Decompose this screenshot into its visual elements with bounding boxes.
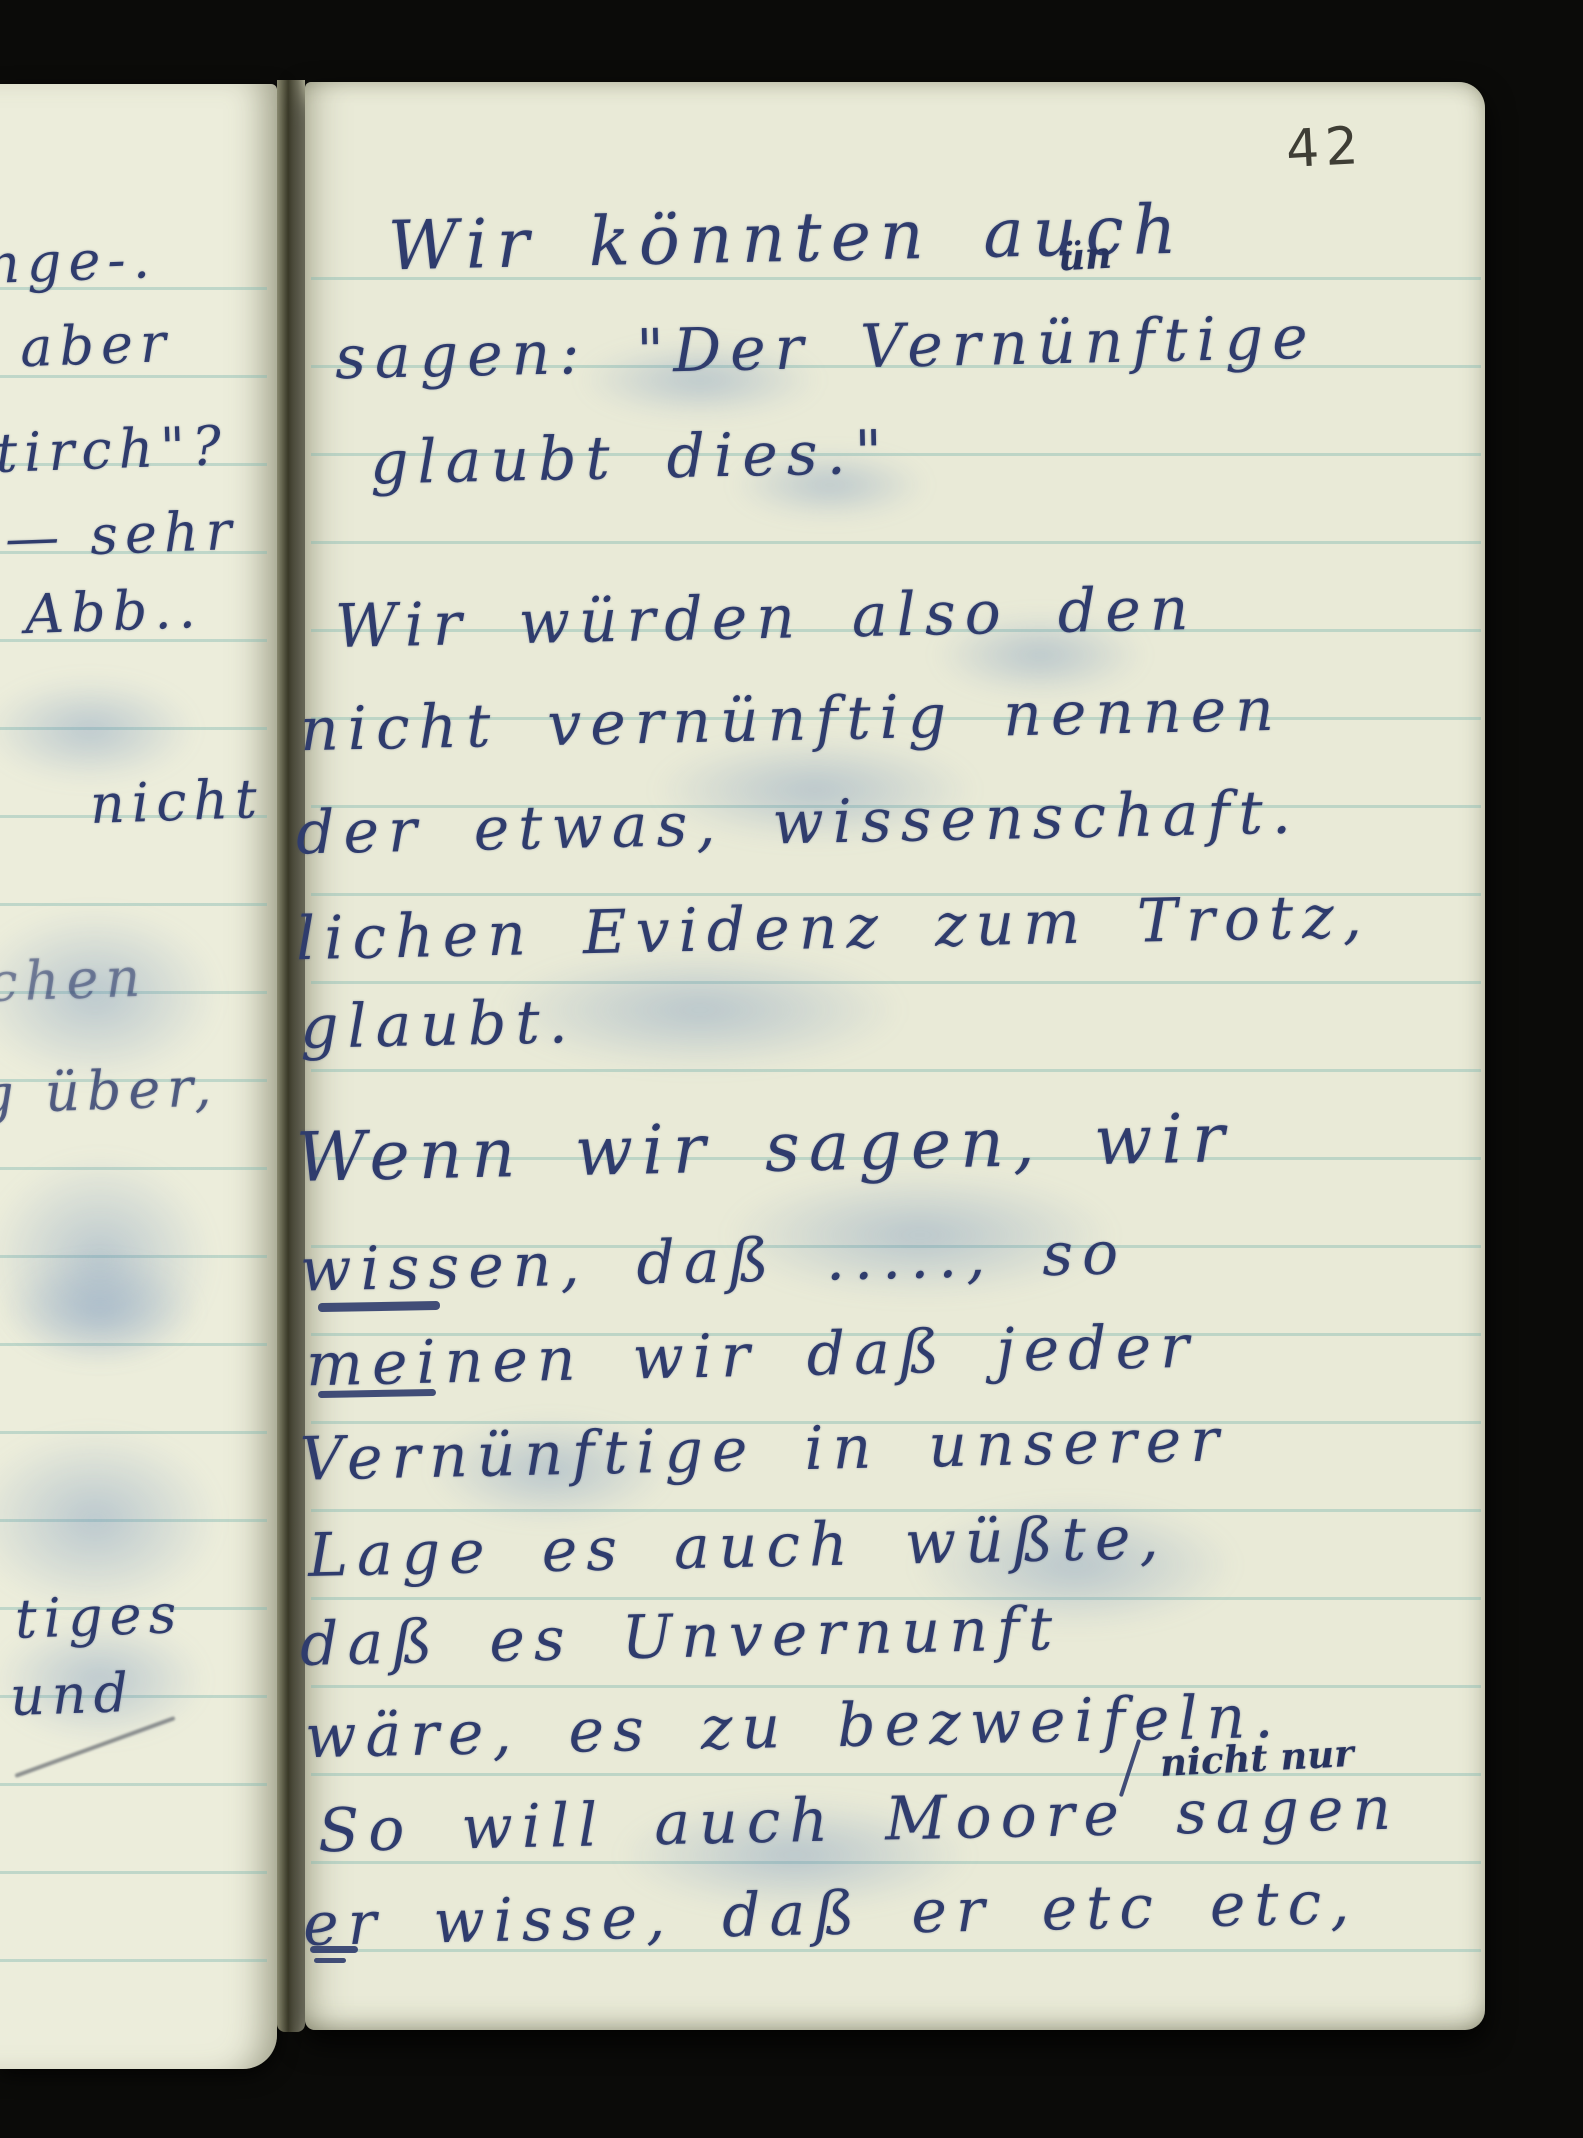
notebook-photo: 42 nge-. ", aber enstirch"? — sehr Abb..… <box>0 0 1583 2138</box>
manuscript-line-p3-3: meinen wir daß jeder <box>305 1317 1198 1396</box>
left-fragment: machen <box>0 951 148 1014</box>
left-fragment: nge-. <box>0 232 158 292</box>
left-fragment: ag über, <box>0 1060 219 1124</box>
left-fragment: und <box>9 1666 136 1724</box>
manuscript-line-p3-6: daß es Unvernunft <box>299 1599 1061 1675</box>
left-fragment: tiges <box>14 1587 184 1647</box>
manuscript-line-p2-1: Wir würden also den <box>334 579 1197 657</box>
manuscript-line-p3-5: Lage es auch wüßte, <box>307 1508 1168 1586</box>
left-fragment: enstirch"? <box>0 419 229 485</box>
page-number: 42 <box>1284 116 1365 180</box>
manuscript-line-p2-5: glaubt. <box>299 992 577 1058</box>
left-fragment: ", aber <box>0 316 174 378</box>
left-fragment: Abb.. <box>24 582 203 642</box>
manuscript-line-p3-2: wissen, daß ....., so <box>299 1223 1127 1300</box>
manuscript-line-p3-1: Wenn wir sagen, wir <box>295 1105 1234 1193</box>
manuscript-line-p1-3: glaubt dies." <box>369 423 891 494</box>
left-fragment: nicht <box>89 772 265 832</box>
manuscript-line-p3-4: Vernünftige in unserer <box>299 1410 1228 1489</box>
left-fragment: — sehr <box>4 504 239 566</box>
insertion-correction: ün <box>1057 237 1113 277</box>
underline-er <box>310 1946 358 1953</box>
underline-er-2 <box>314 1958 346 1963</box>
